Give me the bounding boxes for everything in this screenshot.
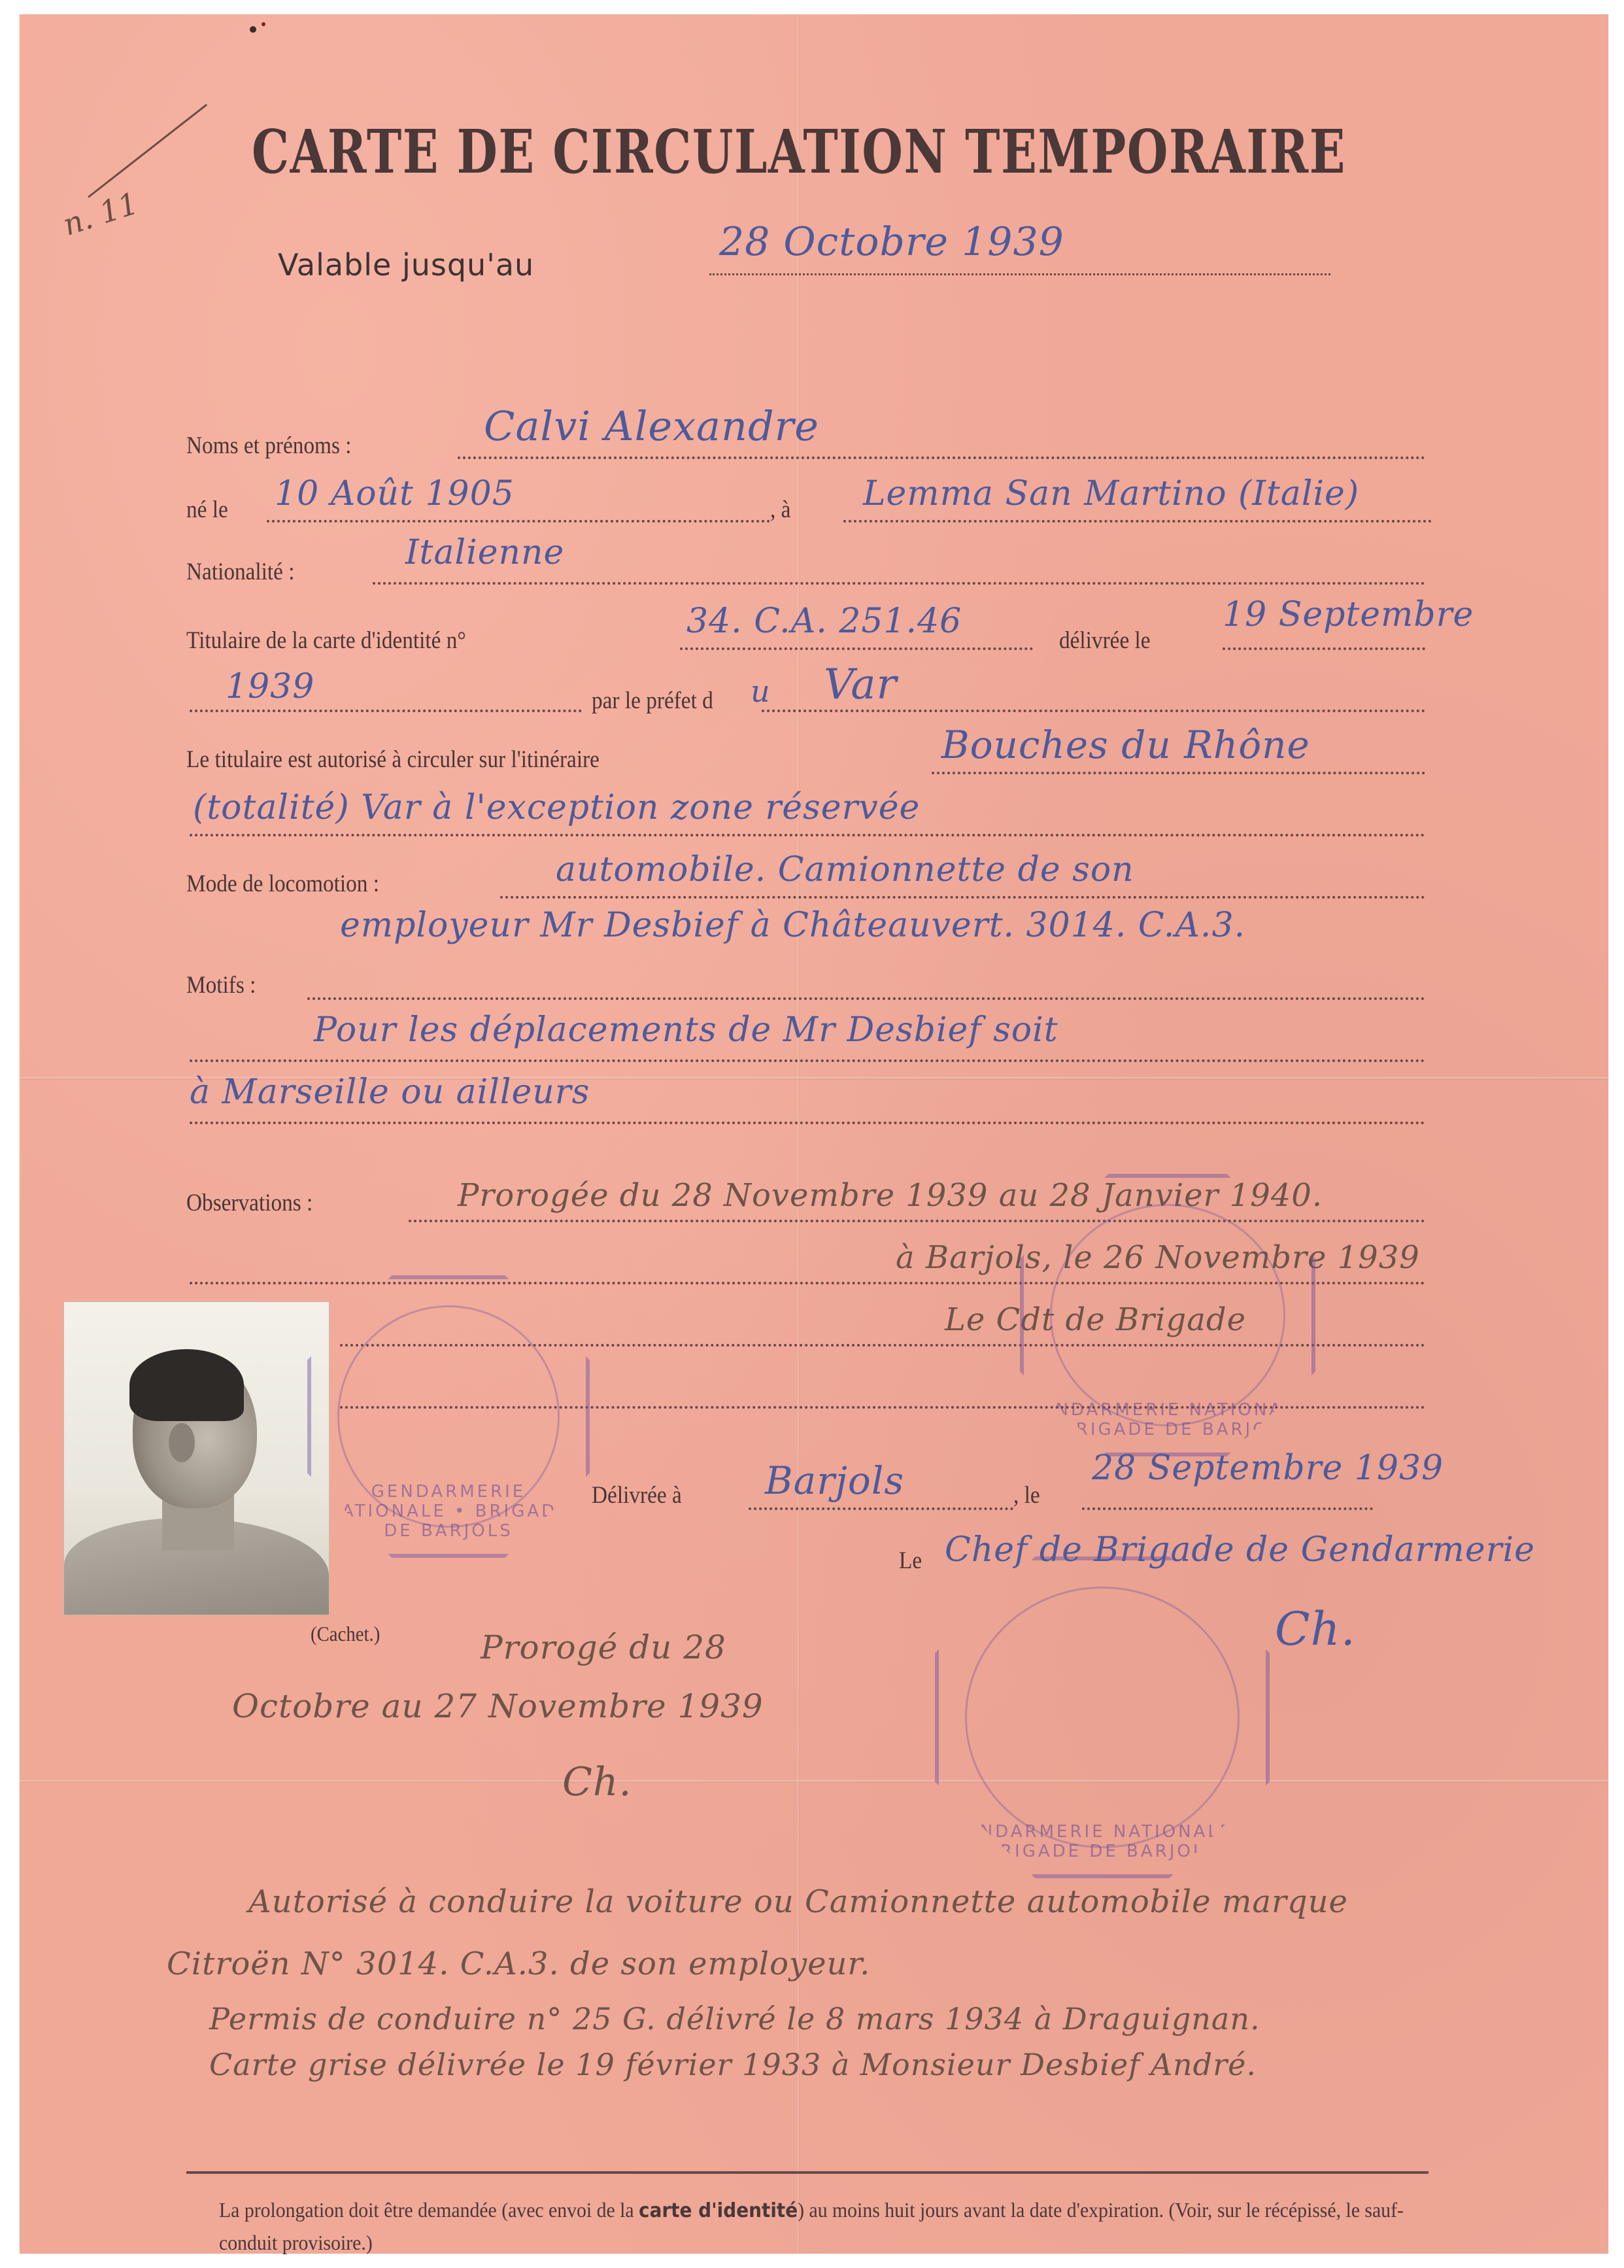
locomotion-label: Mode de locomotion : (186, 870, 379, 898)
gendarmerie-stamp: GENDARMERIE NATIONALE • BRIGADE DE BARJO… (307, 1275, 590, 1558)
footer-text: La prolongation doit être demandée (avec… (219, 2198, 634, 2222)
valid-until-value: 28 Octobre 1939 (719, 219, 1064, 265)
id-issued-date: 19 Septembre (1223, 595, 1474, 634)
id-issued-label: délivrée le (1059, 627, 1151, 655)
nationality-label: Nationalité : (186, 558, 295, 586)
birth-date-line (267, 520, 770, 523)
paper-fold (20, 1780, 1608, 1783)
prefect-line (762, 710, 1425, 712)
observations-label: Observations : (186, 1189, 313, 1217)
gendarmerie-stamp: GENDARMERIE NATIONALE • BRIGADE DE BARJO… (935, 1556, 1270, 1878)
name-value: Calvi Alexandre (484, 402, 819, 450)
itinerary-value-2: (totalité) Var à l'exception zone réserv… (193, 788, 920, 827)
itinerary-label: Le titulaire est autorisé à circuler sur… (186, 746, 600, 774)
extension-line-1: Prorogé du 28 (481, 1628, 726, 1666)
prefect-value: Var (824, 661, 897, 709)
birth-date-value: 10 Août 1905 (275, 474, 515, 513)
holder-photo (63, 1301, 330, 1615)
seal-label: (Cachet.) (311, 1622, 380, 1646)
nationality-value: Italienne (405, 533, 564, 572)
itinerary-value-1: Bouches du Rhône (941, 723, 1310, 767)
nationality-line (373, 582, 1425, 585)
footer-rule (186, 2171, 1429, 2174)
signature: Ch. (1275, 1602, 1356, 1656)
id-card-label: Titulaire de la carte d'identité n° (186, 627, 466, 655)
birth-place-line (843, 520, 1432, 523)
delivered-at-label: Délivrée à (592, 1481, 682, 1509)
footer-text-bold: carte d'identité (639, 2199, 798, 2222)
name-line (458, 456, 1425, 459)
page-title: CARTE DE CIRCULATION TEMPORAIRE (252, 116, 1129, 187)
ink-spot (250, 26, 256, 33)
photo-hair (129, 1349, 244, 1421)
id-issued-year-line (190, 710, 582, 712)
delivered-at-line (749, 1507, 1013, 1510)
birth-place-label: , à (770, 496, 790, 524)
gendarmerie-stamp: GENDARMERIE NATIONALE • BRIGADE DE BARJO… (1020, 1174, 1315, 1456)
authorization-line-1: Autorisé à conduire la voiture ou Camion… (248, 1883, 1348, 1920)
id-issued-line (1223, 647, 1425, 650)
authorization-line-4: Carte grise délivrée le 19 février 1933 … (209, 2047, 1257, 2082)
name-label: Noms et prénoms : (186, 432, 352, 460)
motifs-line-3 (190, 1122, 1425, 1124)
photo-ear (169, 1423, 195, 1462)
delivered-date-label: , le (1013, 1481, 1040, 1509)
extension-signature: Ch. (562, 1759, 632, 1805)
motifs-value-2: à Marseille ou ailleurs (190, 1073, 590, 1112)
stamp-ring (965, 1587, 1240, 1848)
valid-until-line (709, 273, 1330, 275)
authorization-line-3: Permis de conduire n° 25 G. délivré le 8… (209, 2001, 1260, 2036)
delivered-date-value: 28 Septembre 1939 (1092, 1449, 1444, 1488)
footer-note: La prolongation doit être demandée (avec… (219, 2194, 1411, 2258)
delivered-date-line (1082, 1507, 1373, 1510)
signer-value: Chef de Brigade de Gendarmerie (945, 1530, 1535, 1570)
stamp-ring (1050, 1204, 1285, 1426)
motifs-line-2 (190, 1059, 1425, 1062)
delivered-at-value: Barjols (765, 1458, 904, 1503)
valid-until-label: Valable jusqu'au (278, 247, 534, 283)
itinerary-line-1 (932, 772, 1425, 774)
locomotion-value-1: automobile. Camionnette de son (556, 850, 1134, 889)
id-issued-year: 1939 (226, 667, 314, 706)
birth-date-label: né le (186, 496, 228, 524)
id-card-number: 34. C.A. 251.46 (686, 602, 962, 641)
extension-line-2: Octobre au 27 Novembre 1939 (232, 1687, 764, 1725)
motifs-line-1 (307, 997, 1425, 1000)
motifs-value-1: Pour les déplacements de Mr Desbief soit (314, 1010, 1058, 1050)
birth-place-value: Lemma San Martino (Italie) (863, 474, 1359, 513)
signer-label: Le (899, 1547, 922, 1575)
motifs-label: Motifs : (186, 971, 256, 999)
prefect-prefix: u (751, 674, 771, 709)
itinerary-line-2 (190, 834, 1425, 836)
prefect-label: par le préfet d (592, 687, 713, 715)
locomotion-value-2: employeur Mr Desbief à Châteauvert. 3014… (340, 906, 1245, 945)
id-card-line (680, 647, 1033, 650)
authorization-line-2: Citroën N° 3014. C.A.3. de son employeur… (167, 1946, 870, 1982)
ink-spot (262, 22, 265, 26)
locomotion-line-1 (500, 896, 1425, 899)
